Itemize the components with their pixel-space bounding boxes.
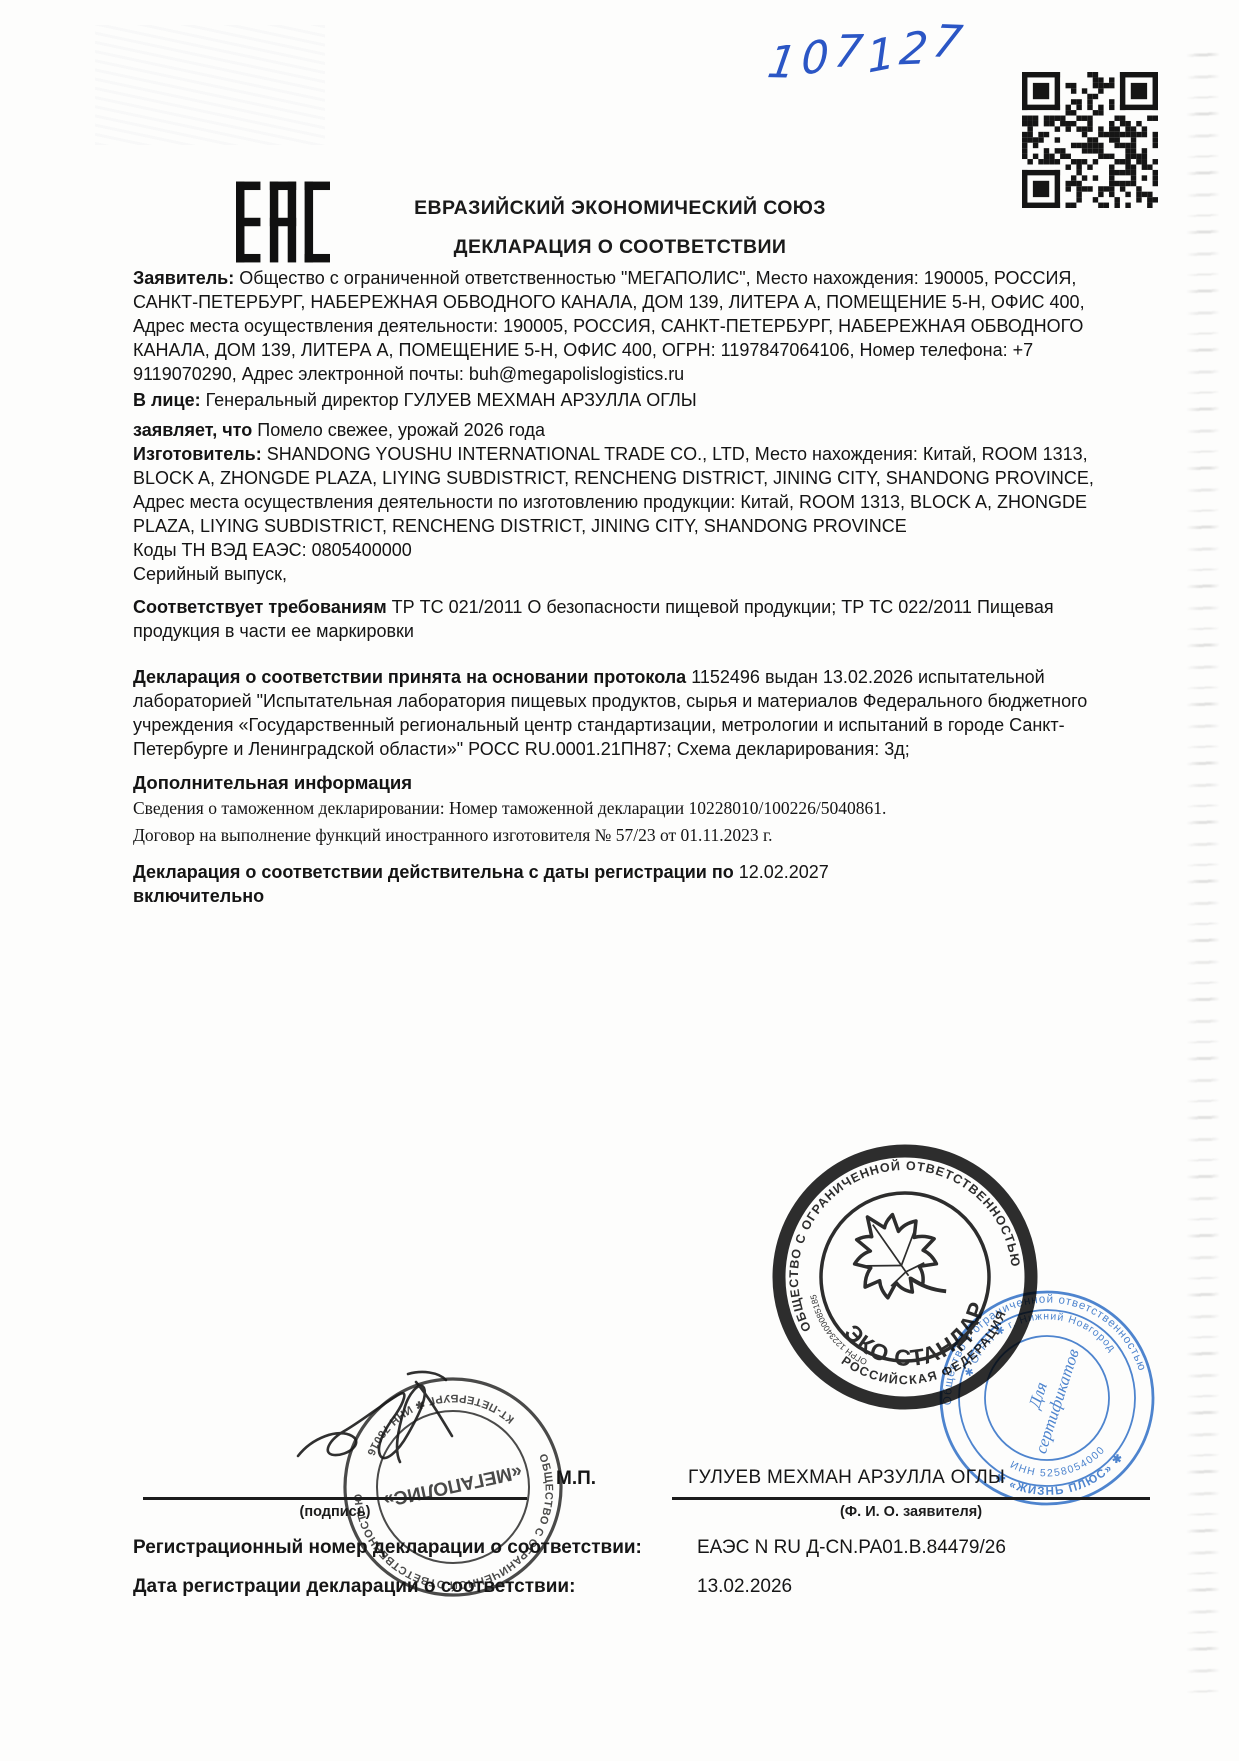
svg-text:сертификатов: сертификатов [1031, 1346, 1083, 1456]
stamp-place-label: М.П. [556, 1468, 596, 1490]
name-caption: (Ф. И. О. заявителя) [672, 1504, 1150, 1520]
eco-ring-top-text: ОБЩЕСТВО С ОГРАНИЧЕННОЙ ОТВЕТСТВЕННОСТЬЮ [770, 1142, 1025, 1335]
validity-line: Декларация о соответствии действительна … [133, 860, 1111, 884]
blue-center-text: Для сертификатов [1012, 1340, 1083, 1456]
applicant-text: Общество с ограниченной ответственностью… [133, 268, 1085, 384]
registration-date-label: Дата регистрации декларации о соответств… [133, 1576, 575, 1598]
tnved-line: Коды ТН ВЭД ЕАЭС: 0805400000 [133, 538, 1111, 562]
applicant-paragraph: Заявитель: Общество с ограниченной ответ… [133, 266, 1111, 386]
person-label: В лице: [133, 390, 201, 410]
svg-text:ЭКО СТАНДАРТ: ЭКО СТАНДАРТ [822, 1236, 1003, 1391]
declares-label: заявляет, что [133, 420, 252, 440]
name-line [672, 1497, 1150, 1500]
validity-paragraph: Декларация о соответствии действительна … [133, 860, 1111, 908]
person-paragraph: В лице: Генеральный директор ГУЛУЕВ МЕХМ… [133, 388, 1111, 412]
registration-number-label: Регистрационный номер декларации о соотв… [133, 1537, 642, 1559]
signature-ink [288, 1360, 518, 1490]
serial-line: Серийный выпуск, [133, 562, 1111, 586]
basis-label: Декларация о соответствии принята на осн… [133, 667, 686, 687]
eco-ogrn-microtext: ОГРН 1223400085185 [807, 1284, 870, 1377]
signature-line [143, 1497, 527, 1500]
eco-center-text: ЭКО СТАНДАРТ [822, 1236, 1003, 1391]
additional-info-heading: Дополнительная информация [133, 771, 1111, 795]
validity-suffix: включительно [133, 884, 1111, 908]
blue-mid-top-text: ✱ ОГРН ✱ г. Нижний Новгород [954, 1298, 1119, 1380]
scan-corner-smudge [95, 25, 325, 145]
contract-info-line: Договор на выполнение функций иностранно… [133, 822, 1111, 849]
scanned-declaration-document: { "colors": { "ink": "#141414", "pen_blu… [0, 0, 1239, 1761]
svg-text:✱ ОГРН ✱ г. Нижний Новгород: ✱ ОГРН ✱ г. Нижний Новгород [954, 1298, 1119, 1380]
declares-line: заявляет, что Помело свежее, урожай 2026… [133, 418, 1111, 442]
person-text: Генеральный директор ГУЛУЕВ МЕХМАН АРЗУЛ… [206, 390, 697, 410]
signature-caption: (подпись) [143, 1504, 527, 1520]
applicant-name: ГУЛУЕВ МЕХМАН АРЗУЛЛА ОГЛЫ [688, 1467, 1005, 1489]
blue-ring-top-text: Общество с ограниченной ответственностью [933, 1284, 1148, 1407]
svg-text:✱ РОССИЙСКАЯ ФЕДЕРАЦИЯ ✱: ✱ РОССИЙСКАЯ ФЕДЕРАЦИЯ ✱ [814, 1240, 1025, 1410]
manufacturer-label: Изготовитель: [133, 444, 262, 464]
qr-code-icon [1022, 72, 1158, 208]
eco-ring-bottom-text: ✱ РОССИЙСКАЯ ФЕДЕРАЦИЯ ✱ [814, 1240, 1025, 1410]
validity-label: Декларация о соответствии действительна … [133, 862, 734, 882]
document-body: Заявитель: Общество с ограниченной ответ… [133, 266, 1111, 908]
validity-date: 12.02.2027 [739, 862, 829, 882]
customs-info-line: Сведения о таможенном декларировании: Но… [133, 795, 1111, 822]
svg-text:Общество с ограниченной ответс: Общество с ограниченной ответственностью [933, 1284, 1148, 1407]
svg-text:ИНН 5258054000: ИНН 5258054000 [1006, 1442, 1111, 1487]
svg-text:ОГРН 1223400085185: ОГРН 1223400085185 [807, 1284, 870, 1377]
eco-standart-stamp: ОБЩЕСТВО С ОГРАНИЧЕННОЙ ОТВЕТСТВЕННОСТЬЮ… [770, 1142, 1040, 1412]
compliance-paragraph: Соответствует требованиям ТР ТС 021/2011… [133, 595, 1111, 643]
union-title: ЕВРАЗИЙСКИЙ ЭКОНОМИЧЕСКИЙ СОЮЗ [140, 197, 1100, 220]
basis-paragraph: Декларация о соответствии принята на осн… [133, 665, 1111, 761]
compliance-label: Соответствует требованиям [133, 597, 387, 617]
registration-date-value: 13.02.2026 [697, 1576, 792, 1598]
blue-mid-bottom-text: ИНН 5258054000 [1006, 1442, 1111, 1487]
maple-leaf-icon [833, 1193, 963, 1328]
registration-number-value: ЕАЭС N RU Д-CN.РА01.В.84479/26 [697, 1537, 1006, 1559]
applicant-label: Заявитель: [133, 268, 234, 288]
scan-edge-noise [1186, 40, 1220, 1700]
product-section: заявляет, что Помело свежее, урожай 2026… [133, 418, 1111, 586]
declares-text: Помело свежее, урожай 2026 года [257, 420, 545, 440]
handwritten-number: 107127 [767, 19, 967, 88]
manufacturer-text: SHANDONG YOUSHU INTERNATIONAL TRADE CO.,… [133, 444, 1094, 536]
svg-text:Для: Для [1024, 1380, 1051, 1413]
svg-text:ОБЩЕСТВО С ОГРАНИЧЕННОЙ ОТВЕТС: ОБЩЕСТВО С ОГРАНИЧЕННОЙ ОТВЕТСТВЕННОСТЬЮ [770, 1142, 1025, 1335]
document-title: ДЕКЛАРАЦИЯ О СООТВЕТСТВИИ [140, 236, 1100, 259]
manufacturer-paragraph: Изготовитель: SHANDONG YOUSHU INTERNATIO… [133, 442, 1111, 538]
